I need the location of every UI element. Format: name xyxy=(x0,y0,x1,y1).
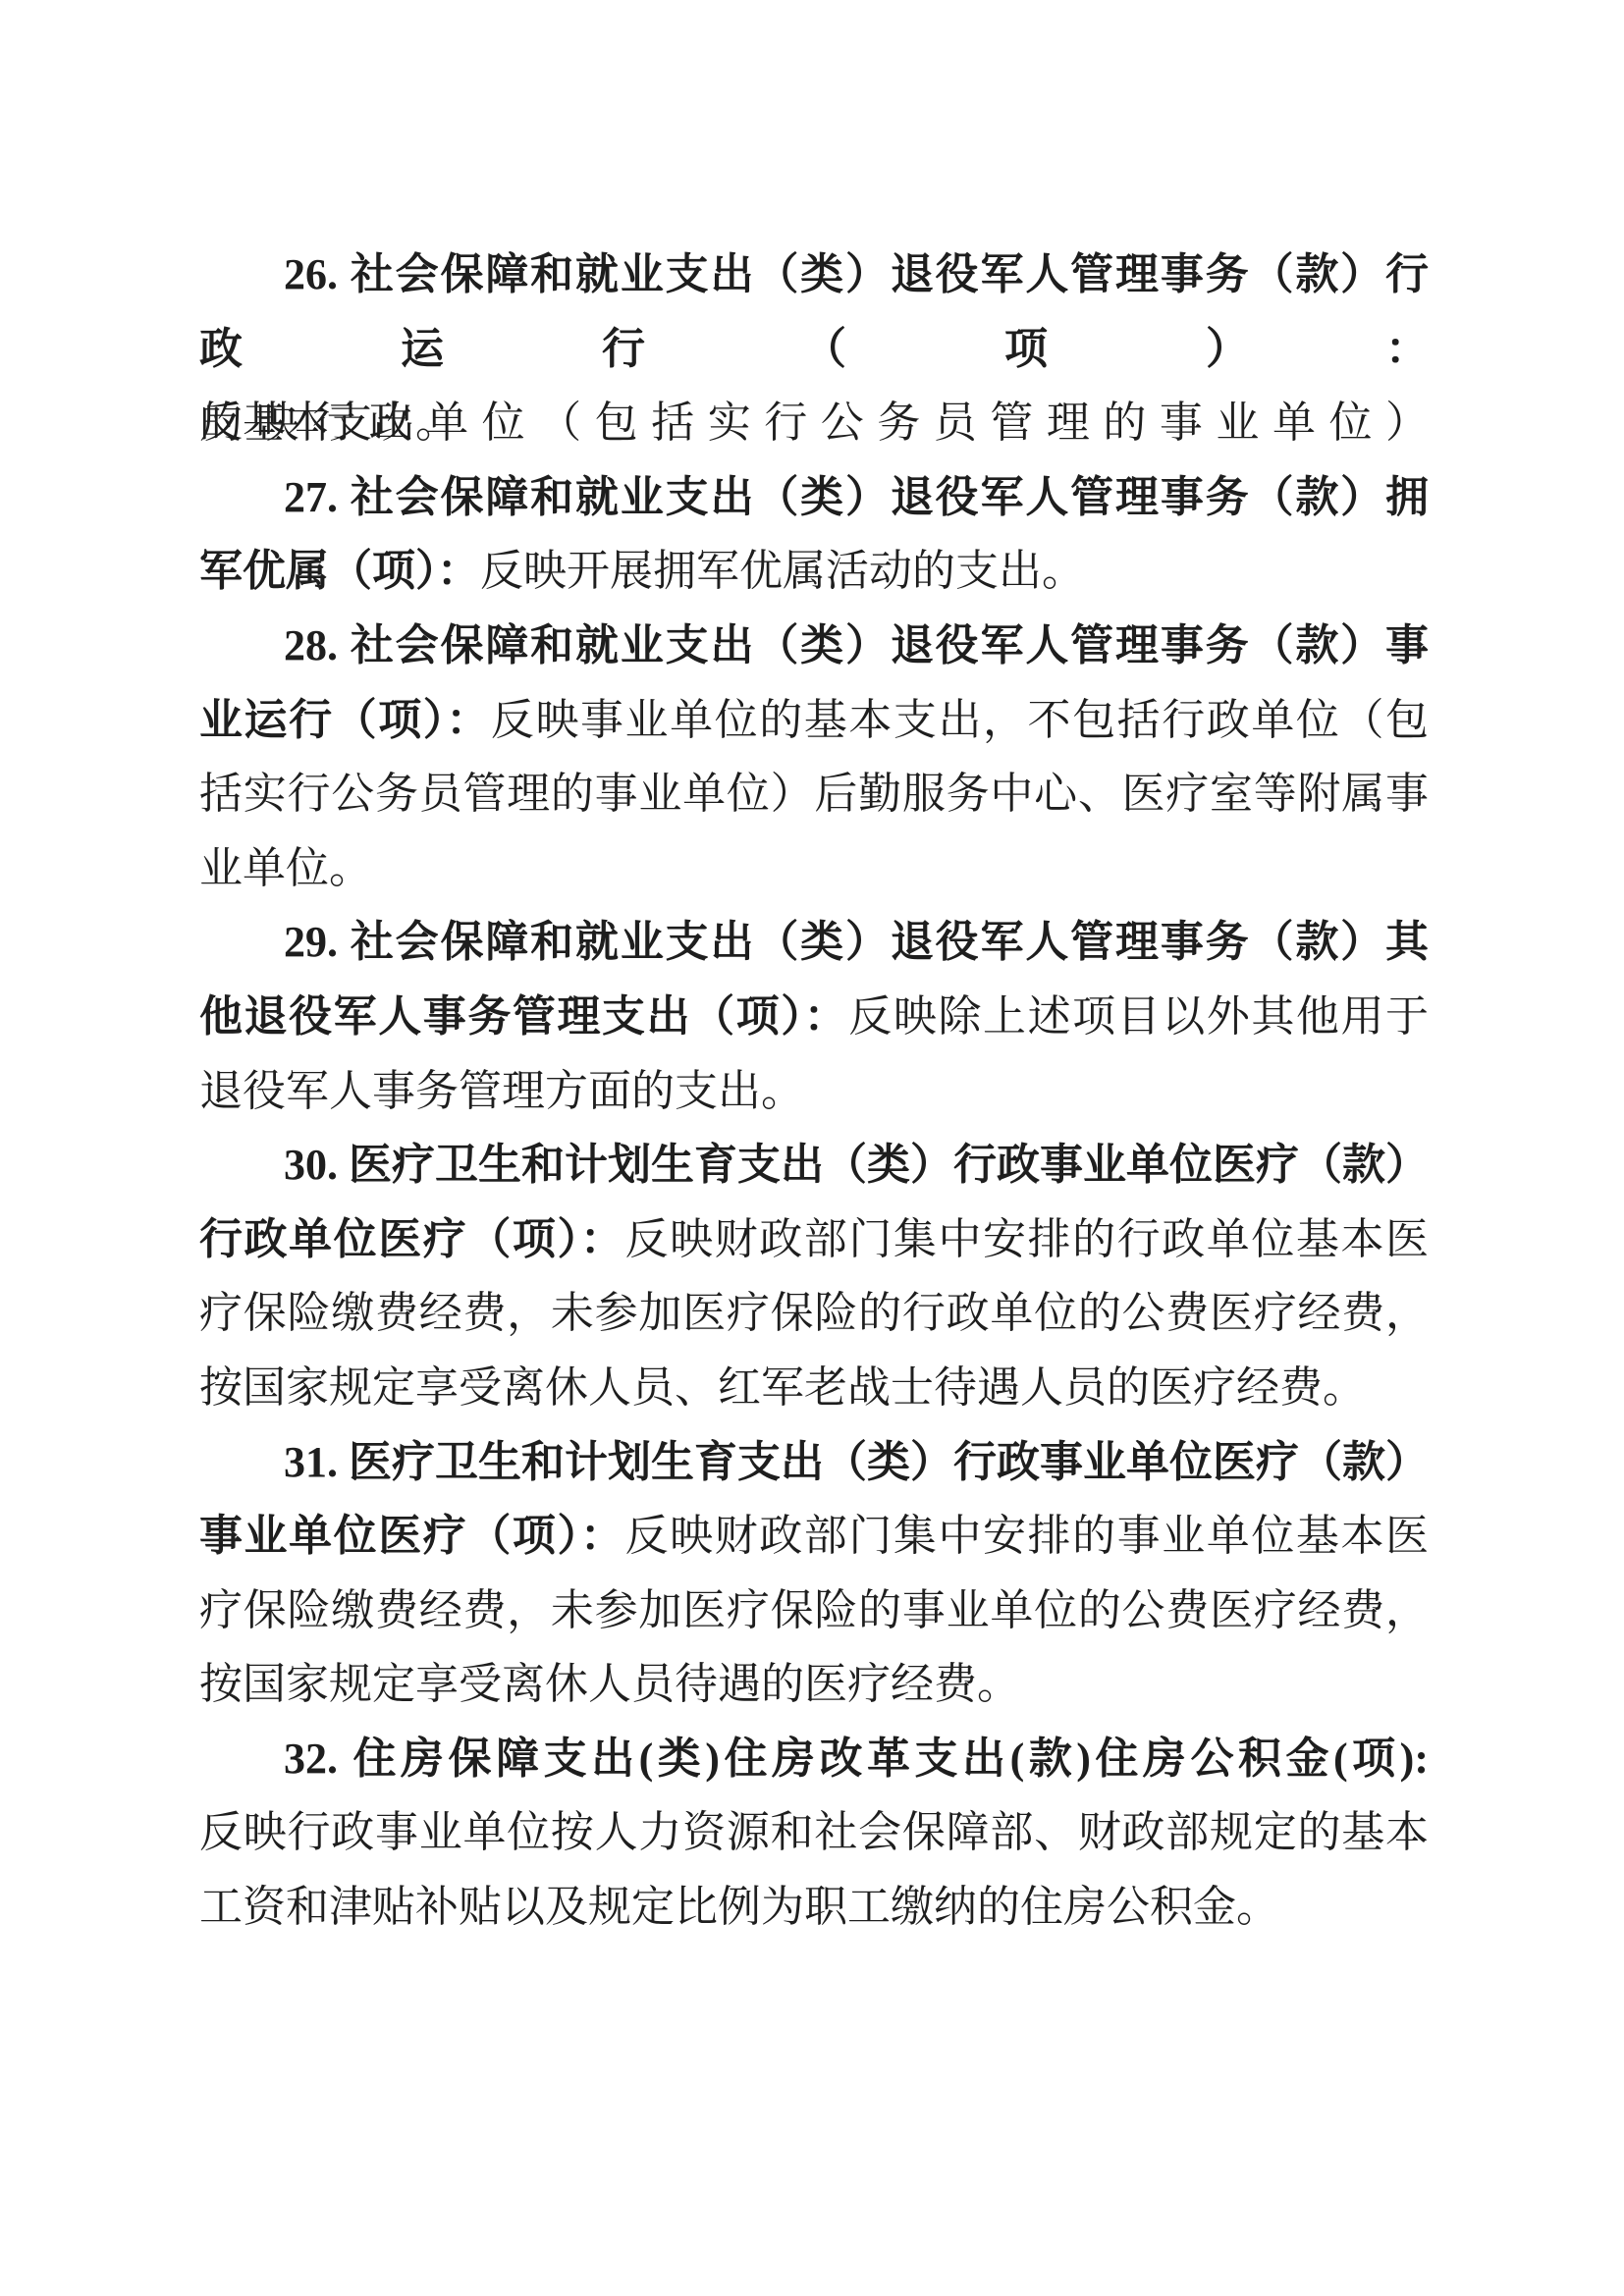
text-line: 按国家规定享受离休人员待遇的医疗经费。 xyxy=(199,1647,1429,1722)
item-heading: 32. 住房保障支出(类)住房改革支出(款)住房公积金(项): xyxy=(284,1735,1429,1783)
text-line: 反映行政事业单位按人力资源和社会保障部、财政部规定的基本 xyxy=(199,1795,1429,1870)
text-line: 他退役军人事务管理支出（项）：反映除上述项目以外其他用于 xyxy=(199,980,1429,1054)
item-body: 括实行公务员管理的事业单位）后勤服务中心、医疗室等附属事 xyxy=(199,770,1429,818)
text-line: 军优属（项）：反映开展拥军优属活动的支出。 xyxy=(199,534,1429,609)
item-body: 的基本支出。 xyxy=(199,399,459,447)
paragraph-28: 28. 社会保障和就业支出（类）退役军人管理事务（款）事 业运行（项）：反映事业… xyxy=(199,609,1429,905)
paragraph-30: 30. 医疗卫生和计划生育支出（类）行政事业单位医疗（款） 行政单位医疗（项）：… xyxy=(199,1128,1429,1424)
item-heading: 军优属（项）： xyxy=(199,547,480,595)
text-line: 工资和津贴补贴以及规定比例为职工缴纳的住房公积金。 xyxy=(199,1870,1429,1945)
item-heading: 27. 社会保障和就业支出（类）退役军人管理事务（款）拥 xyxy=(284,473,1429,521)
item-body: 反映财政部门集中安排的事业单位基本医 xyxy=(625,1512,1429,1560)
text-line: 事业单位医疗（项）：反映财政部门集中安排的事业单位基本医 xyxy=(199,1499,1429,1574)
text-line: 30. 医疗卫生和计划生育支出（类）行政事业单位医疗（款） xyxy=(199,1128,1429,1202)
text-line: 业运行（项）：反映事业单位的基本支出，不包括行政单位（包 xyxy=(199,683,1429,758)
text-line: 29. 社会保障和就业支出（类）退役军人管理事务（款）其 xyxy=(199,905,1429,980)
text-line: 行政单位医疗（项）：反映财政部门集中安排的行政单位基本医 xyxy=(199,1202,1429,1277)
document-text-block: 26. 社会保障和就业支出（类）退役军人管理事务（款）行 政运行（项）：反映行政… xyxy=(199,238,1429,1945)
item-heading: 事业单位医疗（项）： xyxy=(199,1512,625,1560)
item-body: 退役军人事务管理方面的支出。 xyxy=(199,1067,804,1115)
item-body: 反映财政部门集中安排的行政单位基本医 xyxy=(625,1215,1429,1263)
document-page: 26. 社会保障和就业支出（类）退役军人管理事务（款）行 政运行（项）：反映行政… xyxy=(0,0,1624,2296)
item-heading: 29. 社会保障和就业支出（类）退役军人管理事务（款）其 xyxy=(284,918,1429,966)
item-body: 按国家规定享受离休人员待遇的医疗经费。 xyxy=(199,1660,1020,1708)
text-line: 退役军人事务管理方面的支出。 xyxy=(199,1054,1429,1129)
text-line: 疗保险缴费经费，未参加医疗保险的行政单位的公费医疗经费， xyxy=(199,1276,1429,1351)
item-heading: 31. 医疗卫生和计划生育支出（类）行政事业单位医疗（款） xyxy=(284,1438,1429,1486)
text-line: 业单位。 xyxy=(199,831,1429,906)
item-body: 反映行政事业单位按人力资源和社会保障部、财政部规定的基本 xyxy=(199,1808,1429,1856)
item-heading: 30. 医疗卫生和计划生育支出（类）行政事业单位医疗（款） xyxy=(284,1141,1429,1189)
item-body: 疗保险缴费经费，未参加医疗保险的行政单位的公费医疗经费， xyxy=(199,1289,1429,1337)
text-line: 政运行（项）：反映行政单位（包括实行公务员管理的事业单位） xyxy=(199,312,1429,387)
item-heading: 28. 社会保障和就业支出（类）退役军人管理事务（款）事 xyxy=(284,621,1429,669)
item-body: 按国家规定享受离休人员、红军老战士待遇人员的医疗经费。 xyxy=(199,1363,1366,1412)
item-body: 反映除上述项目以外其他用于 xyxy=(848,992,1429,1041)
text-line: 27. 社会保障和就业支出（类）退役军人管理事务（款）拥 xyxy=(199,460,1429,535)
paragraph-29: 29. 社会保障和就业支出（类）退役军人管理事务（款）其 他退役军人事务管理支出… xyxy=(199,905,1429,1128)
paragraph-32: 32. 住房保障支出(类)住房改革支出(款)住房公积金(项): 反映行政事业单位… xyxy=(199,1722,1429,1945)
paragraph-27: 27. 社会保障和就业支出（类）退役军人管理事务（款）拥 军优属（项）：反映开展… xyxy=(199,460,1429,609)
text-line: 括实行公务员管理的事业单位）后勤服务中心、医疗室等附属事 xyxy=(199,757,1429,831)
item-heading: 他退役军人事务管理支出（项）： xyxy=(199,992,848,1041)
item-body: 反映事业单位的基本支出，不包括行政单位（包 xyxy=(491,696,1429,744)
item-body: 工资和津贴补贴以及规定比例为职工缴纳的住房公积金。 xyxy=(199,1883,1279,1931)
item-heading: 政运行（项）： xyxy=(199,325,1429,373)
item-heading: 业运行（项）： xyxy=(199,696,491,744)
item-body: 业单位。 xyxy=(199,844,372,892)
paragraph-31: 31. 医疗卫生和计划生育支出（类）行政事业单位医疗（款） 事业单位医疗（项）：… xyxy=(199,1425,1429,1722)
item-body: 疗保险缴费经费，未参加医疗保险的事业单位的公费医疗经费， xyxy=(199,1586,1429,1634)
paragraph-26: 26. 社会保障和就业支出（类）退役军人管理事务（款）行 政运行（项）：反映行政… xyxy=(199,238,1429,460)
item-heading: 行政单位医疗（项）： xyxy=(199,1215,625,1263)
text-line: 按国家规定享受离休人员、红军老战士待遇人员的医疗经费。 xyxy=(199,1351,1429,1425)
text-line: 26. 社会保障和就业支出（类）退役军人管理事务（款）行 xyxy=(199,238,1429,312)
text-line: 31. 医疗卫生和计划生育支出（类）行政事业单位医疗（款） xyxy=(199,1425,1429,1500)
item-body: 反映开展拥军优属活动的支出。 xyxy=(480,547,1085,595)
text-line: 28. 社会保障和就业支出（类）退役军人管理事务（款）事 xyxy=(199,609,1429,683)
text-line: 疗保险缴费经费，未参加医疗保险的事业单位的公费医疗经费， xyxy=(199,1574,1429,1648)
text-line: 32. 住房保障支出(类)住房改革支出(款)住房公积金(项): xyxy=(199,1722,1429,1796)
item-heading: 26. 社会保障和就业支出（类）退役军人管理事务（款）行 xyxy=(284,250,1429,298)
